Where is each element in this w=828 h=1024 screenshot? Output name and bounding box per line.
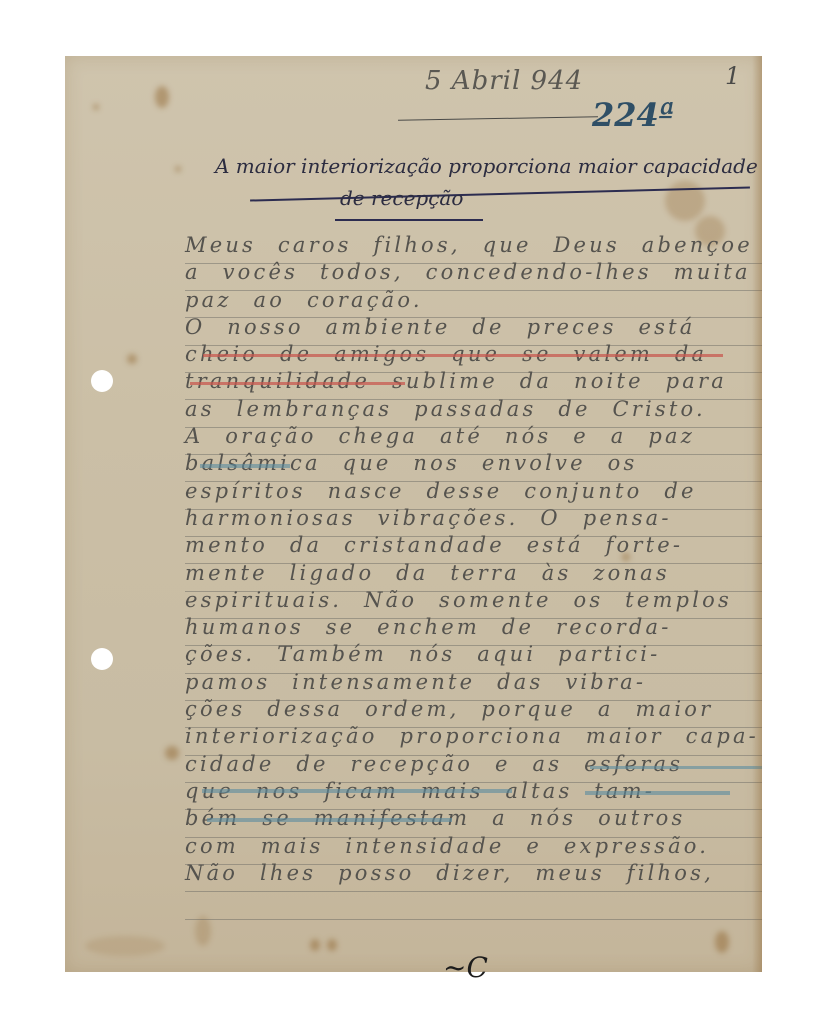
stain — [93, 104, 99, 110]
title-line-2: de recepção — [340, 188, 463, 208]
stain — [155, 86, 169, 108]
text-line: pamos intensamente das vibra- — [185, 669, 760, 696]
stain — [327, 939, 337, 951]
blue-highlight — [590, 766, 762, 769]
stain — [127, 354, 137, 364]
red-underline — [190, 382, 405, 385]
text-line: as lembranças passadas de Cristo. — [185, 396, 760, 423]
page-number: 1 — [725, 62, 740, 90]
text-line: paz ao coração. — [185, 287, 760, 314]
red-underline — [203, 354, 723, 357]
text-line: Meus caros filhos, que Deus abençoe — [185, 232, 760, 259]
text-line: com mais intensidade e expressão. — [185, 833, 760, 860]
text-line: mento da cristandade está forte- — [185, 532, 760, 559]
text-line: O nosso ambiente de preces está — [185, 314, 760, 341]
text-line: harmoniosas vibrações. O pensa- — [185, 505, 760, 532]
text-line: ções. Também nós aqui partici- — [185, 641, 760, 668]
stain — [175, 166, 181, 172]
text-line: cidade de recepção e as esferas — [185, 751, 760, 778]
text-line: mente ligado da terra às zonas — [185, 560, 760, 587]
manuscript-page: 5 Abril 944 224ª 1 A maior interiorizaçã… — [65, 56, 762, 972]
text-line: A oração chega até nós e a paz — [185, 423, 760, 450]
title-line-1: A maior interiorização proporciona maior… — [215, 156, 758, 176]
bottom-mark: ~C — [443, 951, 488, 984]
punch-hole — [91, 648, 113, 670]
date-underline — [398, 116, 598, 120]
text-line: ções dessa ordem, porque a maior — [185, 696, 760, 723]
title-underline — [335, 219, 483, 221]
punch-hole — [91, 370, 113, 392]
stain — [165, 746, 179, 760]
stain — [715, 931, 729, 953]
archive-number: 224ª — [592, 96, 674, 134]
blue-highlight — [202, 789, 512, 793]
text-line: espíritos nasce desse conjunto de — [185, 478, 760, 505]
blue-highlight — [585, 791, 730, 795]
stain — [85, 936, 165, 956]
stain — [195, 916, 211, 946]
document-date: 5 Abril 944 — [425, 66, 583, 96]
blue-highlight — [207, 818, 452, 822]
text-line: Não lhes posso dizer, meus filhos, — [185, 860, 760, 887]
stain — [310, 939, 320, 951]
text-line: interiorização proporciona maior capa- — [185, 723, 760, 750]
text-line: espirituais. Não somente os templos — [185, 587, 760, 614]
text-line: a vocês todos, concedendo-lhes muita — [185, 259, 760, 286]
text-line: humanos se enchem de recorda- — [185, 614, 760, 641]
blue-highlight — [200, 464, 290, 468]
